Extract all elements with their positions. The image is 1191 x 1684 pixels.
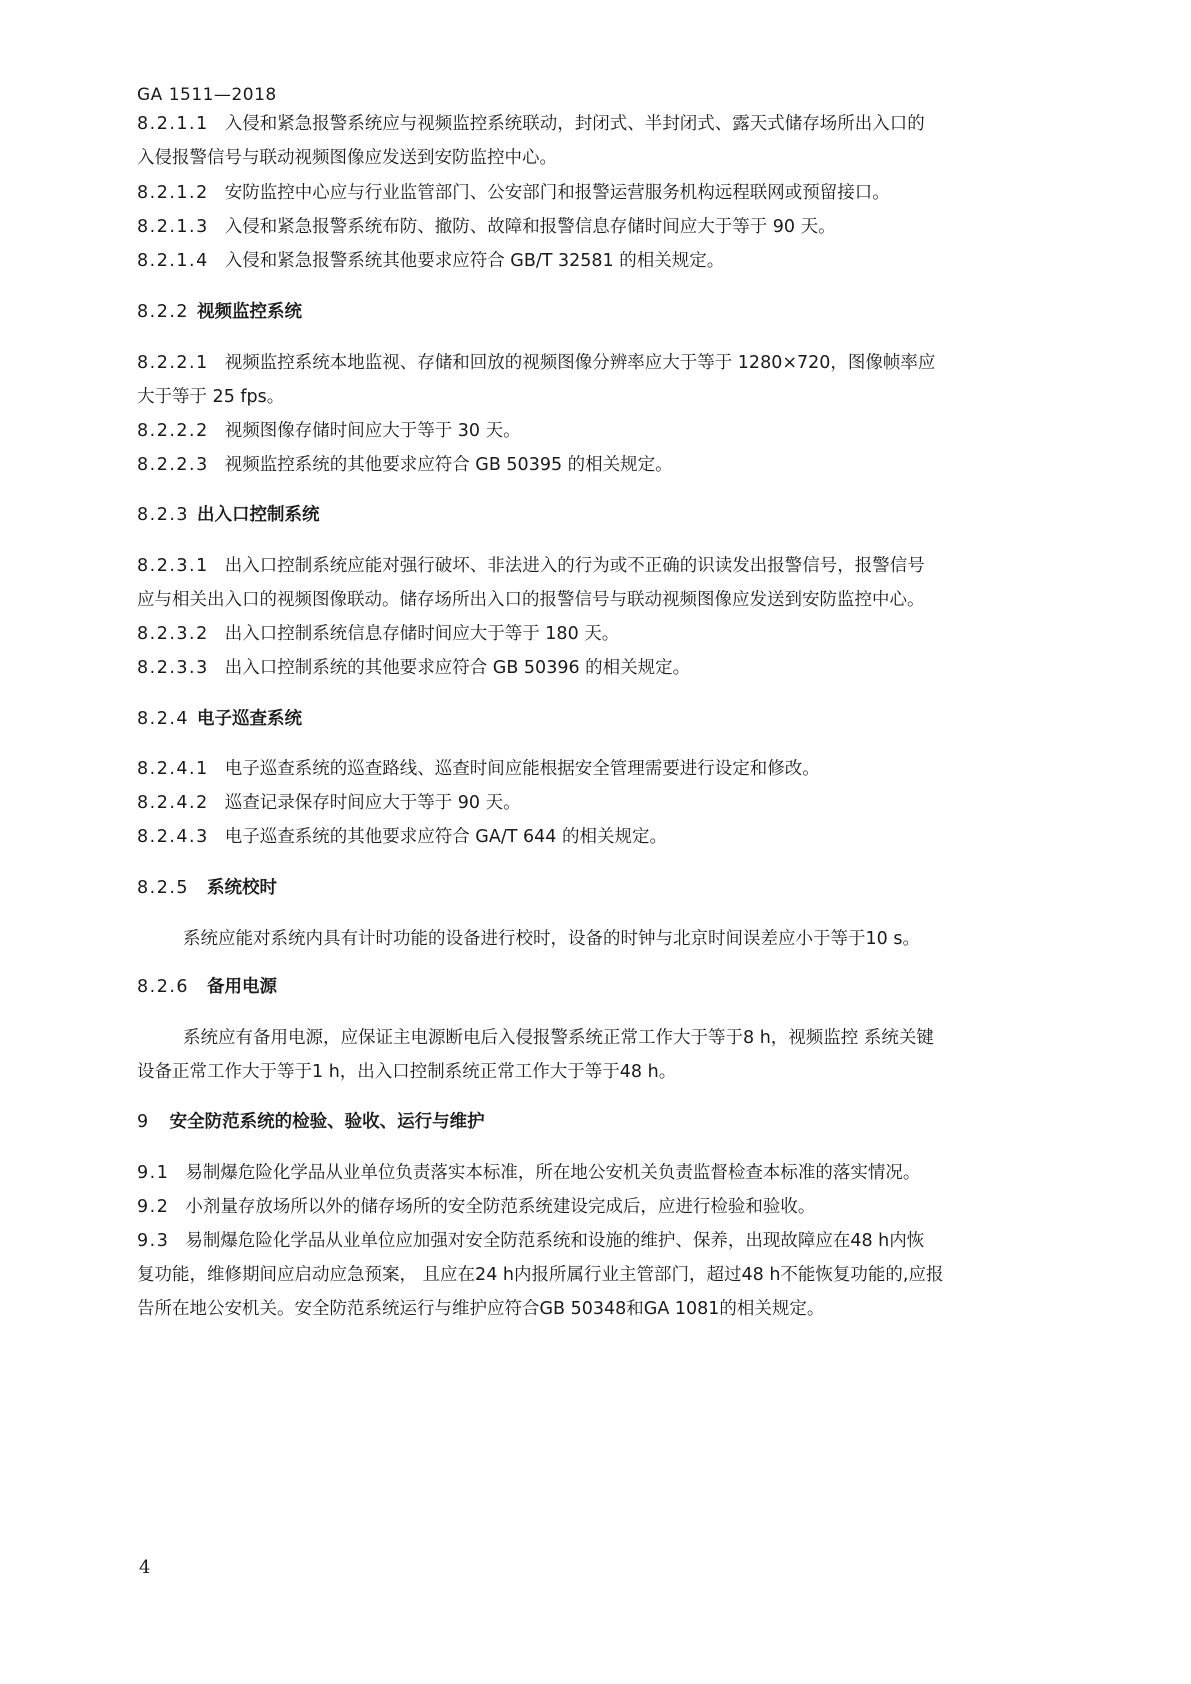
document-page: GA 1511—2018 8.2.1.1入侵和紧急报警系统应与视频监控系统联动，… xyxy=(0,0,1191,1684)
clause-9-1: 9.1易制爆危险化学品从业单位负责落实本标准，所在地公安机关负责监督检查本标准的… xyxy=(137,1162,920,1184)
clause-8-2-4-1: 8.2.4.1电子巡查系统的巡查路线、巡查时间应能根据安全管理需要进行设定和修改… xyxy=(137,758,820,780)
clause-8-2-4-2: 8.2.4.2巡查记录保存时间应大于等于 90 天。 xyxy=(137,792,521,814)
clause-8-2-2-2: 8.2.2.2视频图像存储时间应大于等于 30 天。 xyxy=(137,420,521,442)
section-heading-9: 9安全防范系统的检验、验收、运行与维护 xyxy=(137,1111,485,1133)
clause-8-2-1-1: 8.2.1.1入侵和紧急报警系统应与视频监控系统联动，封闭式、半封闭式、露天式储… xyxy=(137,113,925,135)
paragraph-8-2-6-cont: 设备正常工作大于等于1 h，出入口控制系统正常工作大于等于48 h。 xyxy=(137,1061,676,1083)
section-heading-8-2-5: 8.2.5系统校时 xyxy=(137,877,277,899)
section-heading-8-2-2: 8.2.2视频监控系统 xyxy=(137,301,302,323)
clause-8-2-3-1: 8.2.3.1出入口控制系统应能对强行破坏、非法进入的行为或不正确的识读发出报警… xyxy=(137,555,925,577)
page-number: 4 xyxy=(139,1557,150,1578)
clause-9-3: 9.3易制爆危险化学品从业单位应加强对安全防范系统和设施的维护、保养，出现故障应… xyxy=(137,1230,924,1252)
clause-8-2-3-2: 8.2.3.2出入口控制系统信息存储时间应大于等于 180 天。 xyxy=(137,623,619,645)
clause-9-2: 9.2小剂量存放场所以外的储存场所的安全防范系统建设完成后，应进行检验和验收。 xyxy=(137,1196,815,1218)
clause-9-3-cont-1: 复功能，维修期间应启动应急预案， 且应在24 h内报所属行业主管部门，超过48 … xyxy=(137,1264,943,1286)
section-heading-8-2-3: 8.2.3出入口控制系统 xyxy=(137,504,320,526)
section-heading-8-2-6: 8.2.6备用电源 xyxy=(137,976,277,998)
clause-8-2-1-4: 8.2.1.4入侵和紧急报警系统其他要求应符合 GB/T 32581 的相关规定… xyxy=(137,250,724,272)
clause-8-2-2-1-cont: 大于等于 25 fps。 xyxy=(137,386,284,408)
clause-8-2-1-3: 8.2.1.3入侵和紧急报警系统布防、撤防、故障和报警信息存储时间应大于等于 9… xyxy=(137,216,836,238)
clause-8-2-1-1-cont: 入侵报警信号与联动视频图像应发送到安防监控中心。 xyxy=(137,147,557,169)
clause-8-2-3-1-cont: 应与相关出入口的视频图像联动。储存场所出入口的报警信号与联动视频图像应发送到安防… xyxy=(137,589,925,611)
clause-8-2-3-3: 8.2.3.3出入口控制系统的其他要求应符合 GB 50396 的相关规定。 xyxy=(137,657,690,679)
clause-8-2-2-1: 8.2.2.1视频监控系统本地监视、存储和回放的视频图像分辨率应大于等于 128… xyxy=(137,352,935,374)
clause-8-2-2-3: 8.2.2.3视频监控系统的其他要求应符合 GB 50395 的相关规定。 xyxy=(137,454,673,476)
clause-9-3-cont-2: 告所在地公安机关。安全防范系统运行与维护应符合GB 50348和GA 1081的… xyxy=(137,1298,824,1320)
standard-id-header: GA 1511—2018 xyxy=(137,85,277,105)
section-heading-8-2-4: 8.2.4电子巡查系统 xyxy=(137,708,302,730)
paragraph-8-2-6: 系统应有备用电源，应保证主电源断电后入侵报警系统正常工作大于等于8 h，视频监控… xyxy=(183,1027,934,1049)
paragraph-8-2-5: 系统应能对系统内具有计时功能的设备进行校时，设备的时钟与北京时间误差应小于等于1… xyxy=(183,928,920,950)
clause-8-2-1-2: 8.2.1.2安防监控中心应与行业监管部门、公安部门和报警运营服务机构远程联网或… xyxy=(137,182,890,204)
clause-8-2-4-3: 8.2.4.3电子巡查系统的其他要求应符合 GA/T 644 的相关规定。 xyxy=(137,826,667,848)
